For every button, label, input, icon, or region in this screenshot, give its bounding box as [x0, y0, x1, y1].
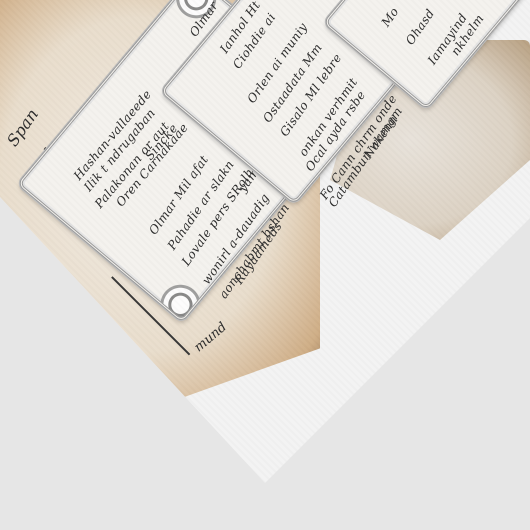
tissue-paper-sheet: Span Mind Kx Qu Ino mund Hashan-vallaeed… [0, 0, 530, 530]
handwritten-line: Ocal ayda rsbe [302, 88, 368, 174]
scrawl-text: Qu [115, 246, 144, 276]
handwritten-line: Nakenn [361, 113, 401, 161]
handwritten-line: Ostaadata Mm [260, 41, 325, 125]
handwritten-line: nkhelm [448, 12, 486, 58]
letter-card-2 [160, 0, 447, 205]
letter-card-3 [323, 0, 530, 110]
scrawl-text: mund [192, 320, 230, 356]
letter-card-1 [17, 0, 360, 323]
handwritten-line: yamy [235, 159, 266, 194]
handwritten-line: Olmar Mil afat [146, 153, 211, 237]
handwritten-line: Iamayind [425, 11, 470, 67]
handwritten-line: Hashan-vallaeede [71, 87, 154, 183]
handwritten-line: Olmar [187, 0, 221, 39]
scrawl-text: Mind [19, 145, 59, 190]
ornament-flourish [131, 256, 230, 324]
ink-stroke [111, 276, 190, 355]
handwritten-line: Ciohdie ai [230, 11, 278, 72]
parchment-back [0, 0, 320, 400]
handwritten-line: Orlen ai muniy [244, 20, 310, 105]
handwritten-line: Ohasd [403, 7, 437, 48]
handwritten-line: Lovale pers SRolh [179, 166, 257, 269]
handwritten-line: Rayaameds [232, 219, 285, 286]
scrawl-text: Span [3, 105, 42, 150]
handwritten-line: Mo [379, 5, 402, 30]
scrawl-text: Kx [96, 194, 133, 230]
handwritten-line: Ianhol Ht [217, 0, 263, 56]
handwritten-line: Sincke [142, 121, 180, 163]
product-photo: Span Mind Kx Qu Ino mund Hashan-vallaeed… [0, 0, 530, 530]
handwritten-line: Palakonan or aut [92, 119, 172, 211]
parchment-right [330, 40, 530, 240]
scrawl-text: Ino [133, 259, 164, 291]
handwritten-line: Gisalo Ml lebre [277, 51, 344, 139]
ornament-flourish [147, 0, 246, 48]
handwritten-line: Catambun wamgm [326, 104, 406, 209]
handwritten-line: Fo Cann chrm onde [317, 92, 400, 202]
handwritten-line: Oren Carnakaae [113, 121, 191, 210]
handwritten-line: Pahadie ar slakn [165, 158, 237, 253]
handwritten-line: onkan verhmit [296, 75, 360, 159]
handwritten-line: aonchabmt bshan [216, 201, 292, 301]
handwritten-line: wonirl a-dauadig [199, 191, 272, 287]
handwritten-line: Ilik t ndrugaban [81, 106, 158, 194]
